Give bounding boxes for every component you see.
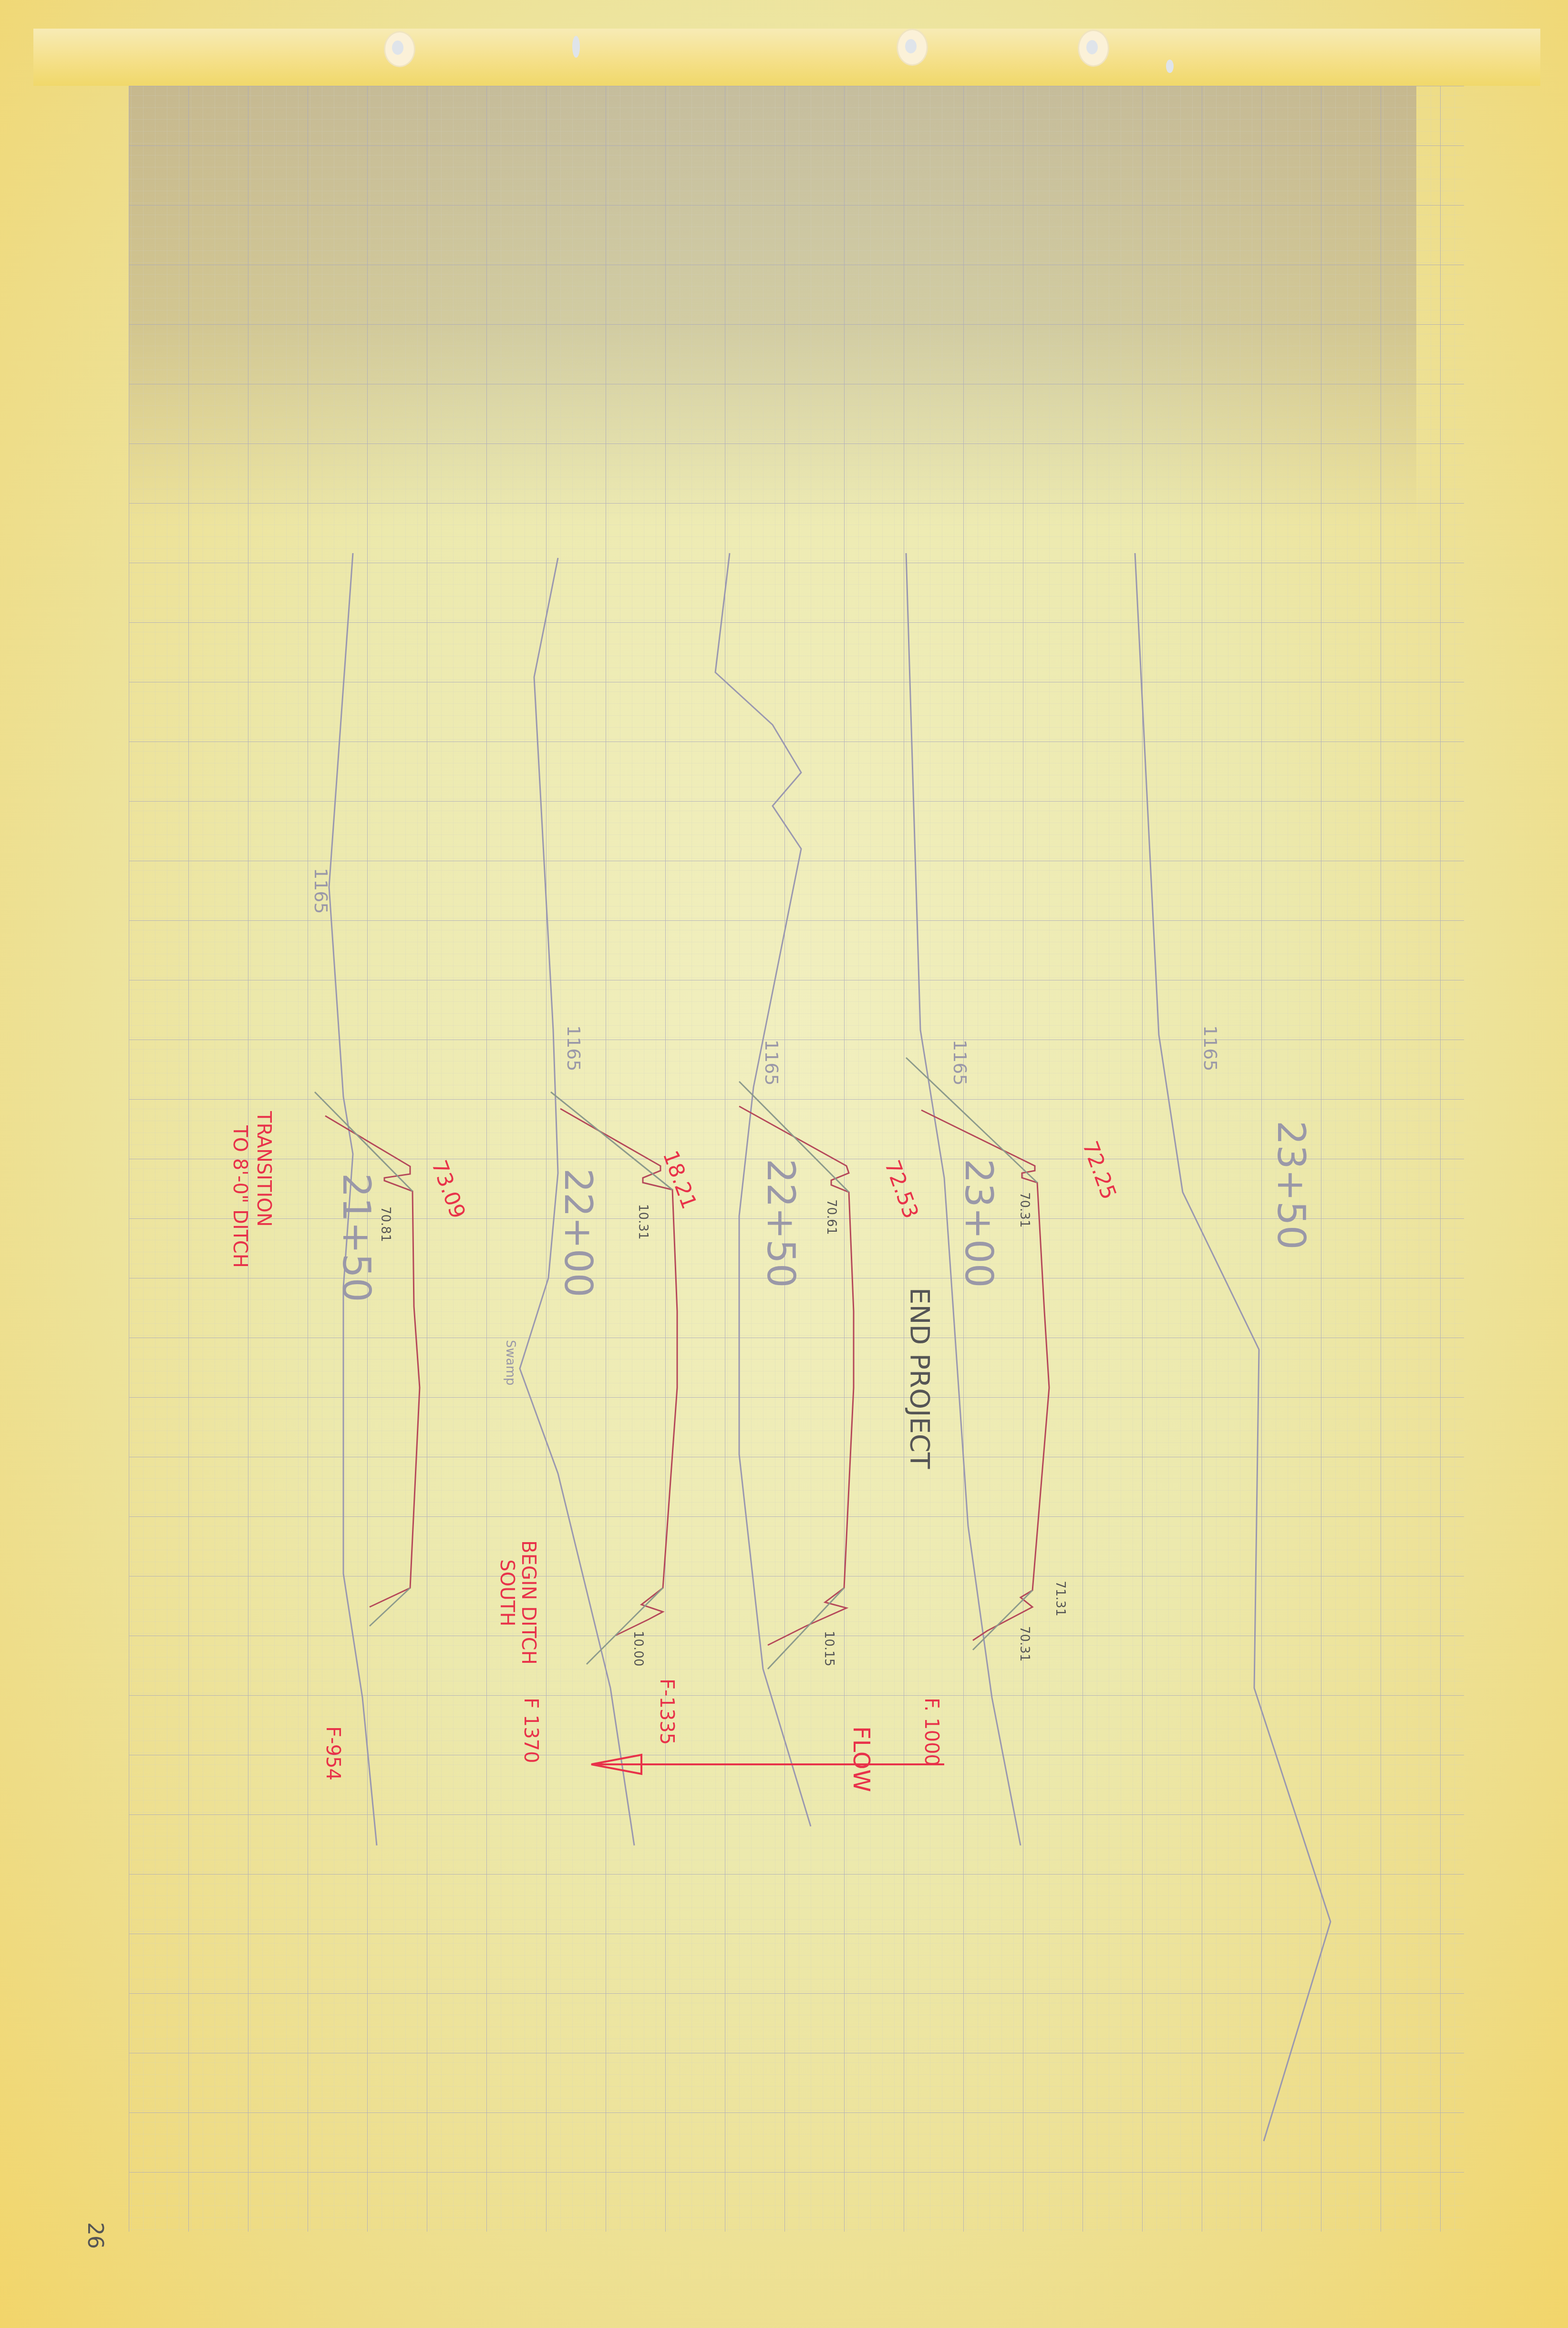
station-label: 21+50 <box>334 1173 379 1302</box>
elevation-label: 10.00 <box>631 1631 645 1666</box>
grade-label: 1165 <box>1200 1025 1221 1071</box>
station-label: 23+00 <box>957 1159 1001 1288</box>
flow-label: FLOW <box>848 1726 875 1792</box>
cross-section-drawing: 21+50 22+00 22+50 23+00 23+50 1165 1165 … <box>0 0 1568 2328</box>
end-project-label: END PROJECT <box>904 1288 935 1469</box>
transition-note-line1: TRANSITION <box>253 1111 275 1227</box>
begin-ditch-line2: SOUTH <box>496 1559 518 1627</box>
elevation-label: 70.61 <box>824 1199 838 1235</box>
fill-label: F 1370 <box>520 1698 542 1763</box>
elevation-label: 70.81 <box>378 1206 392 1242</box>
grade-label: 1165 <box>949 1040 970 1086</box>
fill-label: F-1335 <box>656 1679 678 1745</box>
elevation-label: 10.15 <box>822 1631 836 1666</box>
elevation-label: 70.31 <box>1017 1192 1032 1227</box>
fill-label: F-954 <box>322 1726 344 1781</box>
station-label: 22+50 <box>759 1159 803 1288</box>
elevation-label: 70.31 <box>1017 1626 1032 1661</box>
swamp-note: Swamp <box>503 1340 517 1386</box>
transition-note-line2: TO 8'-0" DITCH <box>229 1125 251 1268</box>
grade-label: 1165 <box>310 868 331 914</box>
elevation-label: 10.31 <box>636 1204 650 1239</box>
station-label: 22+00 <box>556 1168 600 1298</box>
sheet-number: 26 <box>83 2222 107 2249</box>
fill-label: F. 1000 <box>920 1698 942 1766</box>
grade-label: 1165 <box>761 1040 782 1086</box>
grade-label: 1165 <box>563 1025 584 1071</box>
station-label: 23+50 <box>1269 1121 1313 1250</box>
begin-ditch-line1: BEGIN DITCH <box>517 1540 539 1665</box>
elevation-label: 71.31 <box>1053 1581 1067 1616</box>
